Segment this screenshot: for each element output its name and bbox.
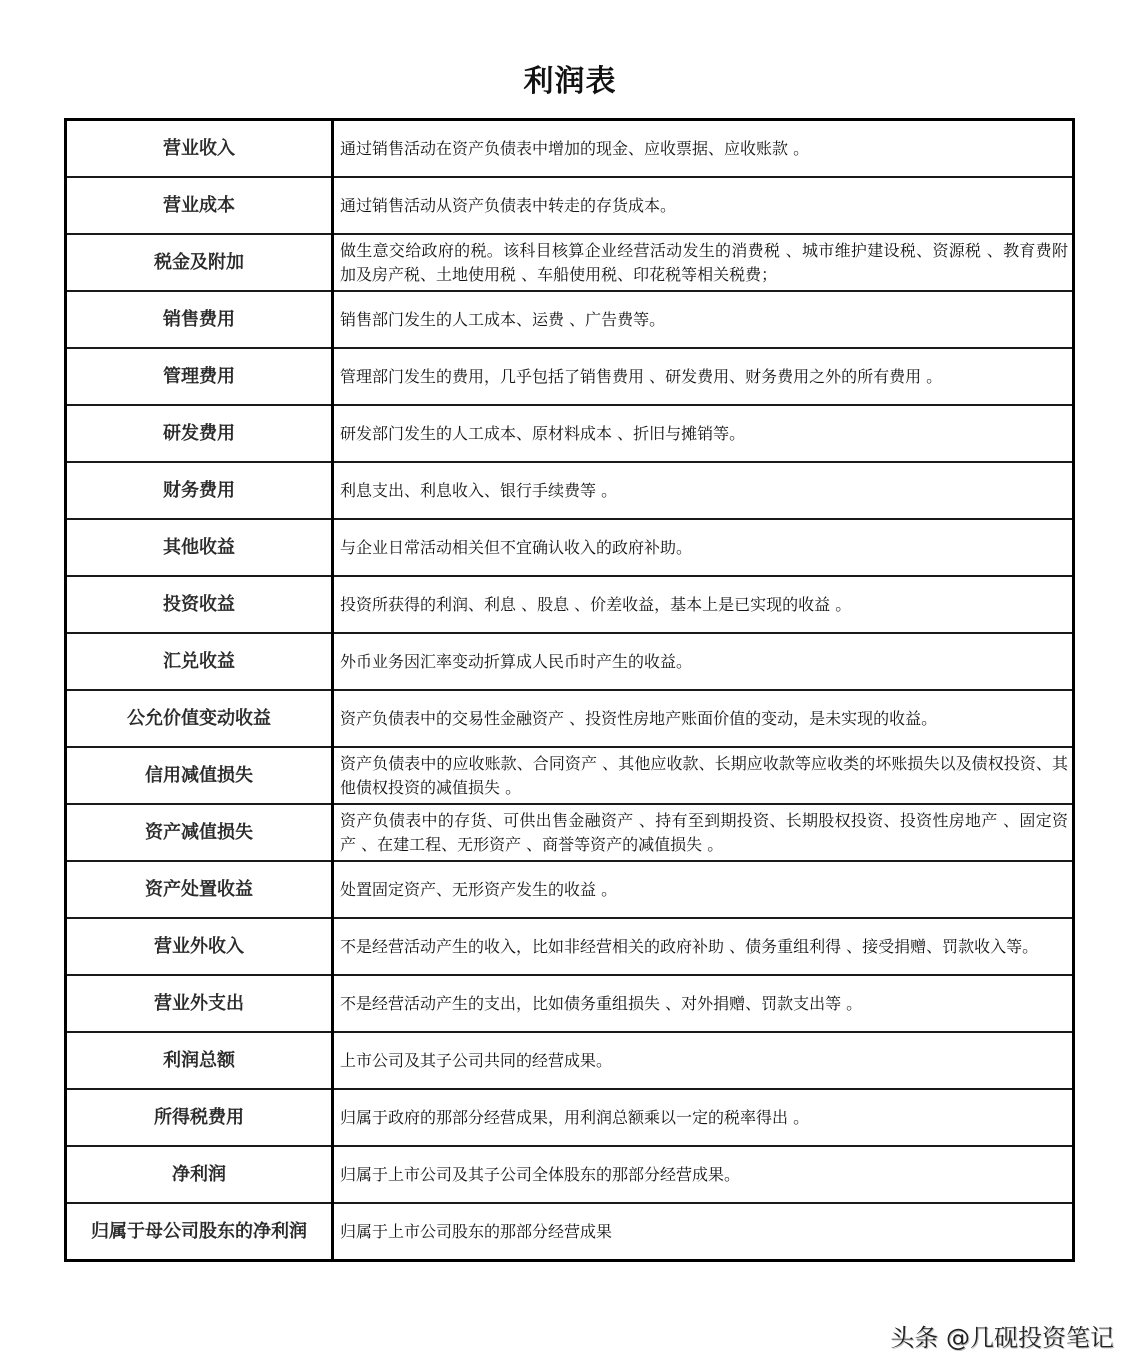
term-cell: 汇兑收益 [66,633,333,690]
table-row: 财务费用 利息支出、利息收入、银行手续费等 。 [66,462,1074,519]
term-cell: 财务费用 [66,462,333,519]
term-cell: 利润总额 [66,1032,333,1089]
table-row: 资产减值损失 资产负债表中的存货、可供出售金融资产 、持有至到期投资、长期股权投… [66,804,1074,861]
term-cell: 营业收入 [66,120,333,178]
term-cell: 净利润 [66,1146,333,1203]
description-cell: 归属于上市公司股东的那部分经营成果 [333,1203,1074,1261]
table-row: 信用减值损失 资产负债表中的应收账款、合同资产 、其他应收款、长期应收款等应收类… [66,747,1074,804]
watermark: 头条 @几砚投资笔记 [890,1318,1114,1353]
description-cell: 不是经营活动产生的支出，比如债务重组损失 、对外捐赠、罚款支出等 。 [333,975,1074,1032]
term-cell: 信用减值损失 [66,747,333,804]
table-row: 营业外收入 不是经营活动产生的收入，比如非经营相关的政府补助 、债务重组利得 、… [66,918,1074,975]
description-cell: 归属于政府的那部分经营成果，用利润总额乘以一定的税率得出 。 [333,1089,1074,1146]
term-cell: 其他收益 [66,519,333,576]
term-cell: 资产处置收益 [66,861,333,918]
term-cell: 所得税费用 [66,1089,333,1146]
description-cell: 外币业务因汇率变动折算成人民币时产生的收益。 [333,633,1074,690]
description-cell: 资产负债表中的存货、可供出售金融资产 、持有至到期投资、长期股权投资、投资性房地… [333,804,1074,861]
term-cell: 销售费用 [66,291,333,348]
description-cell: 通过销售活动在资产负债表中增加的现金、应收票据、应收账款 。 [333,120,1074,178]
description-cell: 做生意交给政府的税。该科目核算企业经营活动发生的消费税 、城市维护建设税、资源税… [333,234,1074,291]
description-cell: 处置固定资产、无形资产发生的收益 。 [333,861,1074,918]
table-row: 其他收益 与企业日常活动相关但不宜确认收入的政府补助。 [66,519,1074,576]
table-row: 销售费用 销售部门发生的人工成本、运费 、广告费等。 [66,291,1074,348]
description-cell: 利息支出、利息收入、银行手续费等 。 [333,462,1074,519]
table-row: 归属于母公司股东的净利润 归属于上市公司股东的那部分经营成果 [66,1203,1074,1261]
table-row: 营业收入 通过销售活动在资产负债表中增加的现金、应收票据、应收账款 。 [66,120,1074,178]
page-title: 利润表 [0,56,1140,100]
description-cell: 资产负债表中的应收账款、合同资产 、其他应收款、长期应收款等应收类的坏账损失以及… [333,747,1074,804]
term-cell: 归属于母公司股东的净利润 [66,1203,333,1261]
description-cell: 管理部门发生的费用，几乎包括了销售费用 、研发费用、财务费用之外的所有费用 。 [333,348,1074,405]
term-cell: 管理费用 [66,348,333,405]
term-cell: 营业成本 [66,177,333,234]
table-row: 营业成本 通过销售活动从资产负债表中转走的存货成本。 [66,177,1074,234]
term-cell: 资产减值损失 [66,804,333,861]
term-cell: 税金及附加 [66,234,333,291]
description-cell: 归属于上市公司及其子公司全体股东的那部分经营成果。 [333,1146,1074,1203]
table-row: 利润总额 上市公司及其子公司共同的经营成果。 [66,1032,1074,1089]
table-row: 所得税费用 归属于政府的那部分经营成果，用利润总额乘以一定的税率得出 。 [66,1089,1074,1146]
table-row: 汇兑收益 外币业务因汇率变动折算成人民币时产生的收益。 [66,633,1074,690]
glossary-table: 营业收入 通过销售活动在资产负债表中增加的现金、应收票据、应收账款 。 营业成本… [64,118,1075,1262]
description-cell: 上市公司及其子公司共同的经营成果。 [333,1032,1074,1089]
term-cell: 公允价值变动收益 [66,690,333,747]
term-cell: 投资收益 [66,576,333,633]
income-statement-glossary: 营业收入 通过销售活动在资产负债表中增加的现金、应收票据、应收账款 。 营业成本… [64,118,1075,1262]
table-row: 投资收益 投资所获得的利润、利息 、股息 、价差收益，基本上是已实现的收益 。 [66,576,1074,633]
table-row: 公允价值变动收益 资产负债表中的交易性金融资产 、投资性房地产账面价值的变动，是… [66,690,1074,747]
description-cell: 资产负债表中的交易性金融资产 、投资性房地产账面价值的变动，是未实现的收益。 [333,690,1074,747]
description-cell: 销售部门发生的人工成本、运费 、广告费等。 [333,291,1074,348]
table-row: 净利润 归属于上市公司及其子公司全体股东的那部分经营成果。 [66,1146,1074,1203]
term-cell: 研发费用 [66,405,333,462]
description-cell: 不是经营活动产生的收入，比如非经营相关的政府补助 、债务重组利得 、接受捐赠、罚… [333,918,1074,975]
term-cell: 营业外支出 [66,975,333,1032]
description-cell: 研发部门发生的人工成本、原材料成本 、折旧与摊销等。 [333,405,1074,462]
table-row: 税金及附加 做生意交给政府的税。该科目核算企业经营活动发生的消费税 、城市维护建… [66,234,1074,291]
description-cell: 与企业日常活动相关但不宜确认收入的政府补助。 [333,519,1074,576]
term-cell: 营业外收入 [66,918,333,975]
table-row: 资产处置收益 处置固定资产、无形资产发生的收益 。 [66,861,1074,918]
description-cell: 投资所获得的利润、利息 、股息 、价差收益，基本上是已实现的收益 。 [333,576,1074,633]
table-row: 营业外支出 不是经营活动产生的支出，比如债务重组损失 、对外捐赠、罚款支出等 。 [66,975,1074,1032]
table-row: 研发费用 研发部门发生的人工成本、原材料成本 、折旧与摊销等。 [66,405,1074,462]
table-row: 管理费用 管理部门发生的费用，几乎包括了销售费用 、研发费用、财务费用之外的所有… [66,348,1074,405]
description-cell: 通过销售活动从资产负债表中转走的存货成本。 [333,177,1074,234]
